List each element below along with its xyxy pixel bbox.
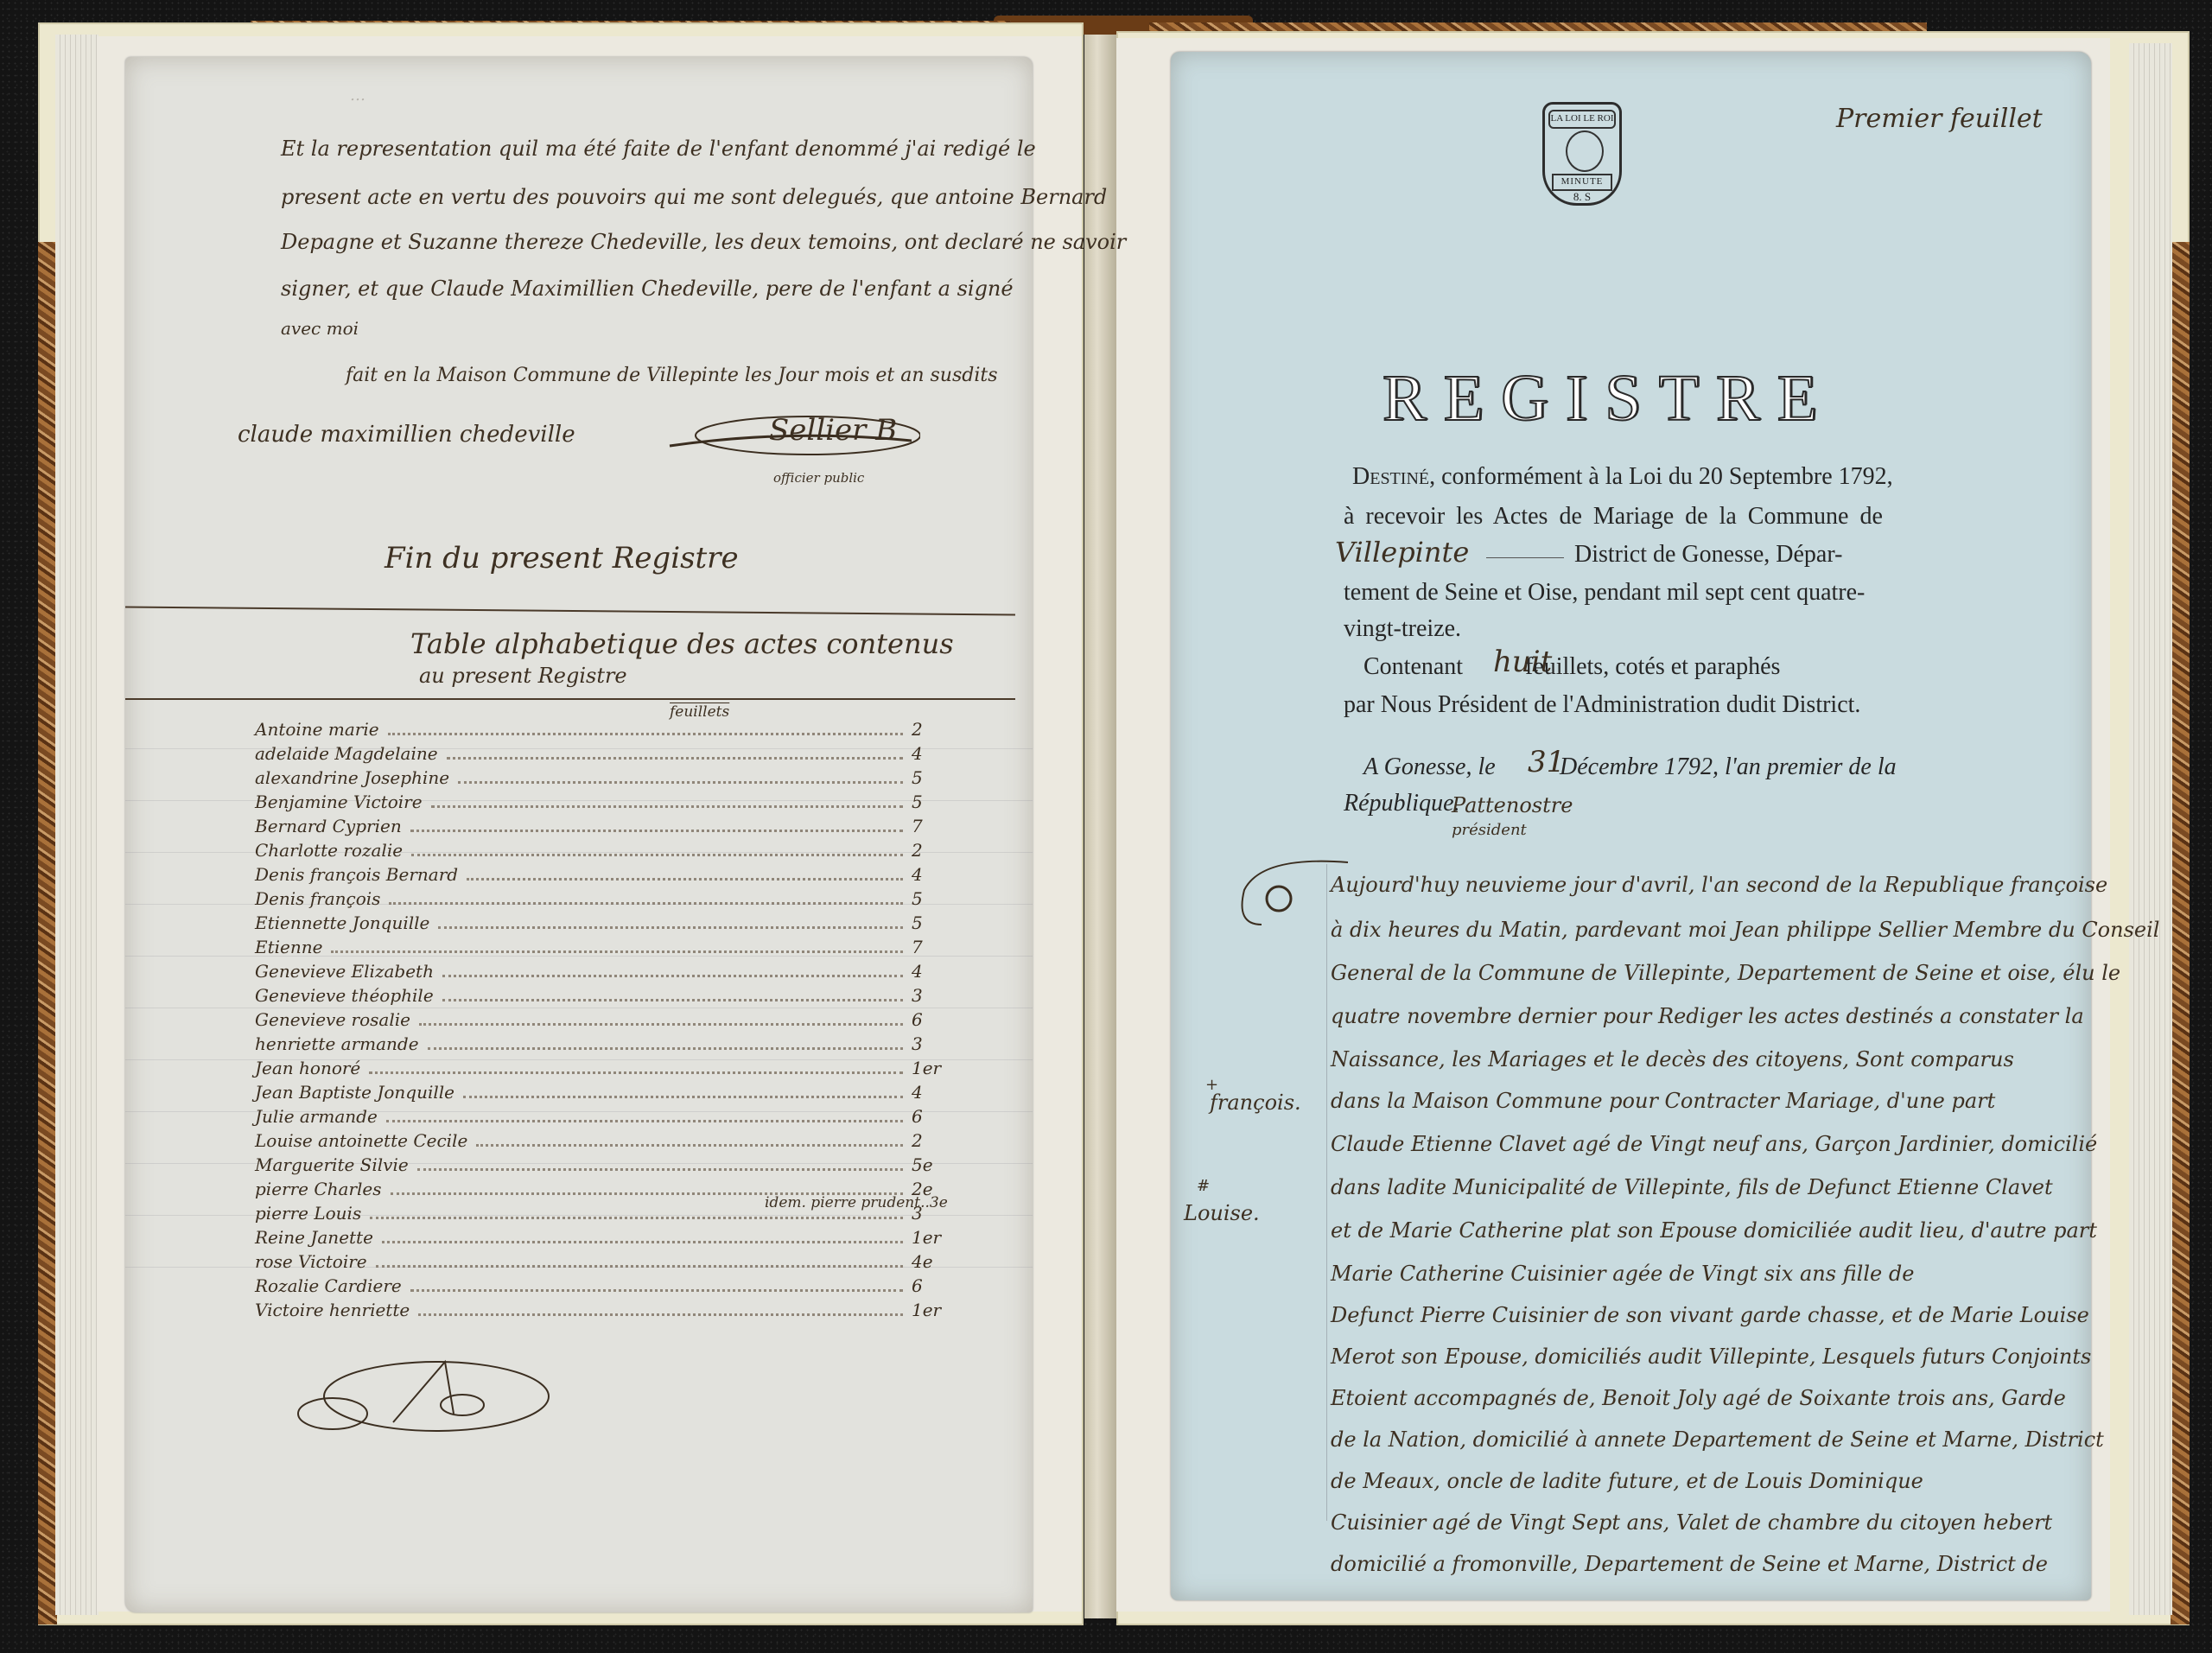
index-entry: Genevieve Elizabeth4 bbox=[255, 961, 946, 987]
index-entry: Denis françois5 bbox=[255, 888, 946, 914]
leader-dots bbox=[417, 1168, 903, 1171]
preamble-line-5: vingt-treize. bbox=[1344, 615, 1461, 643]
act-line: General de la Commune de Villepinte, Dep… bbox=[1331, 961, 2120, 985]
entry-name: Victoire henriette bbox=[255, 1300, 410, 1320]
register-title: REGISTRE bbox=[1382, 361, 1834, 436]
entry-name: Jean Baptiste Jonquille bbox=[255, 1082, 454, 1103]
contenant-rest: feuillets, cotés et paraphés bbox=[1525, 653, 1780, 681]
leader-dots bbox=[376, 1265, 903, 1268]
bottom-paraph-icon bbox=[264, 1336, 557, 1457]
index-entry: Genevieve rosalie6 bbox=[255, 1009, 946, 1035]
leader-dots bbox=[418, 1313, 903, 1316]
leader-dots bbox=[447, 757, 903, 760]
entry-name: rose Victoire bbox=[255, 1251, 367, 1272]
entry-name: Rozalie Cardiere bbox=[255, 1275, 402, 1296]
entry-folio: 6 bbox=[912, 1106, 946, 1127]
entry-folio: 5 bbox=[912, 912, 946, 933]
index-entry: Charlotte rozalie2 bbox=[255, 840, 946, 866]
destine-word: Destiné bbox=[1352, 463, 1429, 490]
index-entry: rose Victoire4e bbox=[255, 1251, 946, 1277]
act-line: de la Nation, domicilié à annete Departe… bbox=[1331, 1427, 2104, 1452]
left-page: … Et la representation quil ma été faite… bbox=[125, 57, 1033, 1612]
index-entry: adelaide Magdelaine4 bbox=[255, 743, 946, 769]
entry-name: Charlotte rozalie bbox=[255, 840, 403, 861]
leader-dots bbox=[410, 830, 903, 832]
stamp-value: 8. S bbox=[1545, 190, 1619, 204]
entry-folio: 6 bbox=[912, 1009, 946, 1030]
faint-top-note: … bbox=[350, 86, 365, 105]
leader-dots bbox=[442, 999, 903, 1001]
entry-name: Genevieve rosalie bbox=[255, 1009, 410, 1030]
preamble-line-1: Destiné, conformément à la Loi du 20 Sep… bbox=[1352, 463, 1893, 491]
commune-handwritten: Villepinte bbox=[1335, 536, 1469, 569]
commune-fill-line bbox=[1486, 557, 1564, 558]
index-entry: Louise antoinette Cecile2 bbox=[255, 1130, 946, 1156]
index-entry: Bernard Cyprien7 bbox=[255, 816, 946, 842]
preamble-line-2: à recevoir les Actes de Mariage de la Co… bbox=[1344, 503, 1883, 531]
entry-folio: 2 bbox=[912, 840, 946, 861]
entry-name: Jean honoré bbox=[255, 1058, 360, 1078]
act-line: Cuisinier agé de Vingt Sept ans, Valet d… bbox=[1331, 1510, 2052, 1535]
index-entry: Denis françois Bernard4 bbox=[255, 864, 946, 890]
act-line: Naissance, les Mariages et le decès des … bbox=[1331, 1047, 2014, 1071]
index-entry: Benjamine Victoire5 bbox=[255, 792, 946, 817]
leader-dots bbox=[411, 854, 903, 856]
index-entry: alexandrine Josephine5 bbox=[255, 767, 946, 793]
leader-dots bbox=[442, 975, 903, 977]
entry-folio: 5 bbox=[912, 767, 946, 788]
closing-line: fait en la Maison Commune de Villepinte … bbox=[346, 365, 998, 386]
index-title-line2: au present Registre bbox=[419, 664, 627, 688]
entry-name: Bernard Cyprien bbox=[255, 816, 402, 836]
page-stack-right bbox=[2129, 43, 2172, 1615]
index-top-rule bbox=[125, 607, 1015, 616]
act-line: Merot son Epouse, domiciliés audit Ville… bbox=[1331, 1345, 2091, 1369]
preamble-text: , conformément à la Loi du 20 Septembre … bbox=[1429, 463, 1893, 490]
act-line: Etoient accompagnés de, Benoit Joly agé … bbox=[1331, 1386, 2066, 1410]
stamp-banner: LA LOI LE ROI bbox=[1548, 110, 1616, 129]
index-entry: henriette armande3 bbox=[255, 1033, 946, 1059]
end-of-register: Fin du present Registre bbox=[385, 541, 739, 575]
entry-name: Julie armande bbox=[255, 1106, 378, 1127]
book-gutter bbox=[1084, 35, 1116, 1618]
entry-name: Marguerite Silvie bbox=[255, 1154, 409, 1175]
leader-dots bbox=[386, 1120, 903, 1122]
top-right-note: Premier feuillet bbox=[1836, 104, 2043, 134]
entry-name: Benjamine Victoire bbox=[255, 792, 423, 812]
act-line: Claude Etienne Clavet agé de Vingt neuf … bbox=[1331, 1132, 2097, 1156]
index-column-header: feuillets bbox=[670, 703, 729, 721]
father-signature: claude maximillien chedeville bbox=[238, 422, 575, 448]
index-entry: Jean honoré1er bbox=[255, 1058, 946, 1084]
act-line: de Meaux, oncle de ladite future, et de … bbox=[1331, 1469, 1923, 1493]
act-line: dans ladite Municipalité de Villepinte, … bbox=[1331, 1175, 2053, 1199]
index-bottom-rule bbox=[125, 698, 1015, 700]
officer-paraph-flourish bbox=[661, 403, 920, 472]
president-title: président bbox=[1452, 821, 1527, 839]
entry-name: Louise antoinette Cecile bbox=[255, 1130, 467, 1151]
entry-name: Genevieve théophile bbox=[255, 985, 434, 1006]
act-line: present acte en vertu des pouvoirs qui m… bbox=[281, 185, 1107, 209]
entry-name: alexandrine Josephine bbox=[255, 767, 449, 788]
act-line: signer, et que Claude Maximillien Chedev… bbox=[281, 277, 1014, 301]
entry-folio: 2 bbox=[912, 1130, 946, 1151]
entry-folio: 5e bbox=[912, 1154, 946, 1175]
officer-title: officier public bbox=[773, 470, 864, 486]
entry-name: Etiennette Jonquille bbox=[255, 912, 429, 933]
page-stack-left bbox=[55, 35, 99, 1615]
act-line: et de Marie Catherine plat son Epouse do… bbox=[1331, 1218, 2097, 1243]
index-entry: Reine Janette1er bbox=[255, 1227, 946, 1253]
index-entry: Antoine marie2 bbox=[255, 719, 946, 745]
preamble-line-3: District de Gonesse, Dépar- bbox=[1574, 541, 1842, 569]
marbled-corner-left bbox=[38, 242, 57, 1624]
leader-dots bbox=[370, 1217, 903, 1219]
entry-folio: 4 bbox=[912, 864, 946, 885]
act-line: domicilié a fromonville, Departement de … bbox=[1331, 1552, 2048, 1576]
leader-dots bbox=[388, 733, 903, 735]
entry-folio: 6 bbox=[912, 1275, 946, 1296]
index-entry: Genevieve théophile3 bbox=[255, 985, 946, 1011]
entry-folio: 4 bbox=[912, 743, 946, 764]
entry-name: Reine Janette bbox=[255, 1227, 373, 1248]
entry-folio: 3 bbox=[912, 985, 946, 1006]
leader-dots bbox=[382, 1241, 903, 1243]
act-line: Et la representation quil ma été faite d… bbox=[281, 137, 1036, 161]
index-entry: Etienne7 bbox=[255, 937, 946, 963]
leader-dots bbox=[476, 1144, 903, 1147]
index-entry: Jean Baptiste Jonquille4 bbox=[255, 1082, 946, 1108]
leader-dots bbox=[463, 1096, 903, 1098]
preamble-line-9: République. bbox=[1344, 790, 1460, 817]
margin-note-louise: Louise. bbox=[1184, 1201, 1260, 1225]
contenant-label: Contenant bbox=[1363, 653, 1463, 681]
act-line: dans la Maison Commune pour Contracter M… bbox=[1331, 1089, 1995, 1113]
index-entry: Marguerite Silvie5e bbox=[255, 1154, 946, 1180]
index-side-note: idem. pierre prudent..3e bbox=[765, 1194, 948, 1211]
tax-stamp: LA LOI LE ROI MINUTE 8. S bbox=[1542, 102, 1622, 206]
act-line: quatre novembre dernier pour Rediger les… bbox=[1331, 1004, 2084, 1028]
entry-name: adelaide Magdelaine bbox=[255, 743, 438, 764]
entry-folio: 5 bbox=[912, 792, 946, 812]
entry-folio: 4e bbox=[912, 1251, 946, 1272]
preamble-line-4: tement de Seine et Oise, pendant mil sep… bbox=[1344, 579, 1865, 607]
date-rest: Décembre 1792, l'an premier de la bbox=[1560, 753, 1897, 781]
entry-folio: 7 bbox=[912, 816, 946, 836]
entry-folio: 4 bbox=[912, 961, 946, 982]
leader-dots bbox=[331, 950, 903, 953]
entry-folio: 3 bbox=[912, 1033, 946, 1054]
act-line: Aujourd'huy neuvieme jour d'avril, l'an … bbox=[1331, 873, 2107, 897]
entry-name: Antoine marie bbox=[255, 719, 379, 740]
act-line: Defunct Pierre Cuisinier de son vivant g… bbox=[1331, 1303, 2089, 1327]
entry-folio: 1er bbox=[912, 1300, 946, 1320]
act-line: avec moi bbox=[281, 318, 359, 339]
leader-dots bbox=[438, 926, 903, 929]
margin-mark: # bbox=[1197, 1177, 1210, 1195]
entry-folio: 2 bbox=[912, 719, 946, 740]
index-entry: Julie armande6 bbox=[255, 1106, 946, 1132]
entry-folio: 1er bbox=[912, 1058, 946, 1078]
entry-name: pierre Louis bbox=[255, 1203, 361, 1224]
leader-dots bbox=[458, 781, 903, 784]
margin-rule bbox=[1326, 864, 1327, 1521]
leader-dots bbox=[410, 1289, 903, 1292]
leader-dots bbox=[369, 1071, 903, 1074]
index-entry: Rozalie Cardiere6 bbox=[255, 1275, 946, 1301]
leader-dots bbox=[467, 878, 903, 881]
entry-name: Denis françois bbox=[255, 888, 380, 909]
president-signature: Pattenostre bbox=[1452, 793, 1573, 817]
entry-name: henriette armande bbox=[255, 1033, 419, 1054]
entry-name: Genevieve Elizabeth bbox=[255, 961, 434, 982]
leader-dots bbox=[389, 902, 903, 905]
entry-folio: 5 bbox=[912, 888, 946, 909]
entry-folio: 1er bbox=[912, 1227, 946, 1248]
entry-folio: 7 bbox=[912, 937, 946, 957]
leader-dots bbox=[431, 805, 903, 808]
index-entry: Etiennette Jonquille5 bbox=[255, 912, 946, 938]
leader-dots bbox=[428, 1047, 903, 1050]
act-line: Depagne et Suzanne thereze Chedeville, l… bbox=[281, 230, 1126, 254]
date-prefix: A Gonesse, le bbox=[1363, 753, 1496, 781]
index-title-line1: Table alphabetique des actes contenus bbox=[410, 627, 954, 660]
stamp-emblem-icon bbox=[1566, 130, 1604, 172]
entry-folio: 4 bbox=[912, 1082, 946, 1103]
entry-name: pierre Charles bbox=[255, 1179, 382, 1199]
stamp-label: MINUTE bbox=[1552, 174, 1612, 191]
act-line: Marie Catherine Cuisinier agée de Vingt … bbox=[1331, 1262, 1914, 1286]
leader-dots bbox=[419, 1023, 903, 1026]
index-entry: Victoire henriette1er bbox=[255, 1300, 946, 1326]
act-line: à dix heures du Matin, pardevant moi Jea… bbox=[1331, 918, 2159, 942]
margin-note-francois: françois. bbox=[1210, 1090, 1301, 1115]
preamble-line-7: par Nous Président de l'Administration d… bbox=[1344, 691, 1860, 719]
entry-name: Etienne bbox=[255, 937, 322, 957]
entry-name: Denis françois Bernard bbox=[255, 864, 458, 885]
marbled-corner-right bbox=[2171, 242, 2190, 1624]
